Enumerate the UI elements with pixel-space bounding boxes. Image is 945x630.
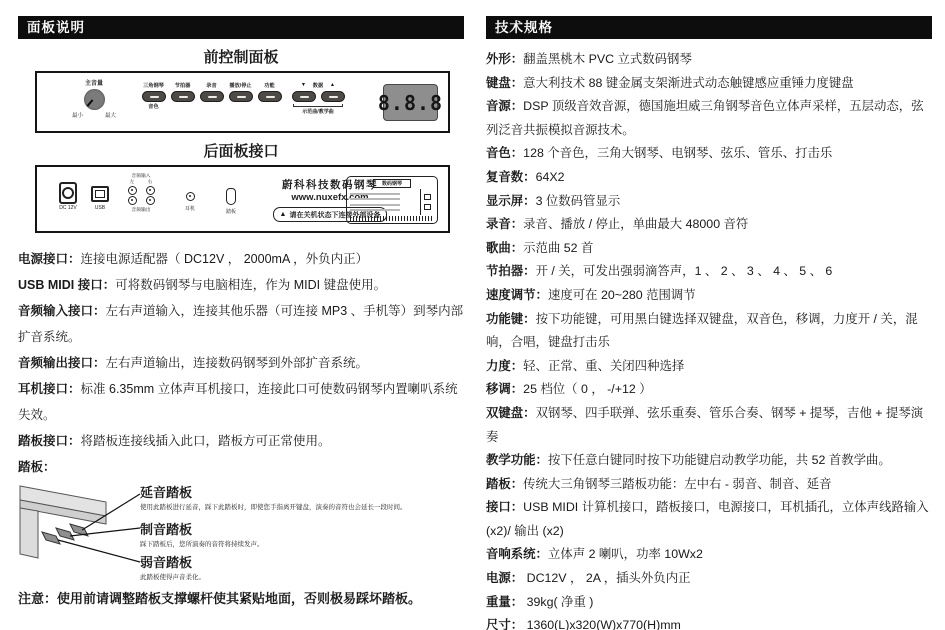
volume-control: 主音量 最小 最大 (65, 78, 123, 119)
port-paragraph: 耳机接口：标准 6.35mm 立体声耳机接口，连接此口可使数码钢琴内置喇叭系统失… (18, 376, 464, 428)
button-label: 节拍器 (175, 82, 191, 90)
spec-item: 复音数：64X2 (486, 166, 932, 190)
usb-port: USB (87, 186, 113, 211)
button-label: 录音 (206, 82, 216, 90)
spec-item: 歌曲：示范曲 52 首 (486, 237, 932, 261)
tech-specs-column: 技术规格 外形：翻盖黑桃木 PVC 立式数码钢琴 键盘：意大利技术 88 键金属… (486, 16, 932, 630)
panel-description-column: 面板说明 前控制面板 主音量 最小 最大 三角钢琴 音色 节拍器 录音 (18, 16, 464, 607)
spec-item: 双键盘：双钢琴、四手联弹、弦乐重奏、管乐合奏、钢琴 + 提琴，吉他 + 提琴演奏 (486, 402, 932, 449)
button-label: 功能 (264, 82, 274, 90)
button-label: 三角钢琴 (143, 82, 164, 90)
button-label: 播放/停止 (229, 82, 251, 90)
volume-max-label: 最大 (105, 111, 116, 119)
volume-min-max: 最小 最大 (65, 111, 123, 119)
spec-item: 录音：录音、播放 / 停止，单曲最大 48000 音符 (486, 213, 932, 237)
barcode (350, 216, 434, 221)
port-descriptions: 电源接口：连接电源适配器（ DC12V ， 2000mA ，外负内正） USB … (18, 246, 464, 480)
power-jack-icon (59, 182, 77, 204)
button-metronome: 节拍器 (168, 82, 197, 111)
data-up-button[interactable] (321, 91, 345, 102)
notice-text: 使用前请调整踏板支撑螺杆使其紧贴地面，否则极易踩坏踏板。 (57, 591, 421, 606)
port-paragraph: USB MIDI 接口：可将数码钢琴与电脑相连，作为 MIDI 键盘使用。 (18, 272, 464, 298)
audio-output-label: 音频输出 (123, 206, 159, 213)
spec-item: 显示屏：3 位数码管显示 (486, 190, 932, 214)
grand-piano-button[interactable] (142, 91, 166, 102)
data-down-button[interactable] (292, 91, 316, 102)
audio-input-jacks (123, 186, 159, 195)
audio-jack-icon (128, 196, 137, 205)
nameplate-title: 数码钢琴 (373, 179, 411, 188)
rear-panel-diagram: DC 12V USB 音频输入 左 右 音频输出 耳机 (35, 165, 450, 233)
spec-item: 力度：轻、正常、重、关闭四种选择 (486, 355, 932, 379)
spec-item: 重量： 39kg( 净重 ) (486, 591, 932, 615)
notice: 注意：使用前请调整踏板支撑螺杆使其紧贴地面，否则极易踩坏踏板。 (18, 588, 464, 607)
power-jack-label: DC 12V (53, 205, 83, 211)
volume-knob[interactable] (84, 89, 105, 110)
audio-jacks: 音频输入 左 右 音频输出 (123, 172, 159, 213)
spec-item: 教学功能：按下任意白键同时按下功能键启动教学功能，共 52 首教学曲。 (486, 449, 932, 473)
spec-item: 音源：DSP 顶级音效音源，德国施坦威三角钢琴音色立体声采样，五层动态，弦列泛音… (486, 95, 932, 142)
spec-item: 外形：翻盖黑桃木 PVC 立式数码钢琴 (486, 48, 932, 72)
arrow-up-icon: ▲ (330, 82, 335, 90)
nameplate-text-lines (350, 189, 420, 215)
spec-item: 键盘：意大利技术 88 键金属支架渐进式动态触键感应重锤力度键盘 (486, 72, 932, 96)
warning-triangle-icon: ▲ (280, 211, 287, 218)
power-jack: DC 12V (53, 182, 83, 211)
nameplate-symbols (420, 189, 434, 215)
port-paragraph: 音频输入接口：左右声道输入，连接其他乐器（可连接 MP3 、手机等）到琴内部扩音… (18, 298, 464, 350)
audio-jack-icon (146, 196, 155, 205)
pedal-port-icon (226, 188, 236, 205)
data-label: 数据 (313, 82, 323, 89)
panel-buttons: 三角钢琴 音色 节拍器 录音 播放/停止 功能 (139, 82, 347, 111)
audio-jack-icon (146, 186, 155, 195)
spec-item: 尺寸： 1360(L)x320(W)x770(H)mm (486, 614, 932, 630)
button-grand-piano: 三角钢琴 音色 (139, 82, 168, 111)
audio-jack-icon (128, 186, 137, 195)
spec-item: 音响系统：立体声 2 喇叭，功率 10Wx2 (486, 543, 932, 567)
port-paragraph: 电源接口：连接电源适配器（ DC12V ， 2000mA ，外负内正） (18, 246, 464, 272)
spec-item: 移调：25 档位（ 0 ， -/+12 ） (486, 378, 932, 402)
pedal-icons (42, 524, 88, 544)
right-channel-label: 右 (148, 179, 153, 185)
usb-port-icon (91, 186, 109, 202)
nameplate: 数码钢琴 (346, 176, 438, 224)
spec-item: 踏板：传统大三角钢琴三踏板功能：左中右 - 弱音、制音、延音 (486, 473, 932, 497)
pedal-label-soft: 弱音踏板 此踏板使得声音柔化。 (140, 552, 464, 581)
left-channel-label: 左 (130, 179, 135, 185)
rear-panel-title: 后面板接口 (18, 140, 464, 161)
volume-min-label: 最小 (72, 111, 83, 119)
metronome-button[interactable] (171, 91, 195, 102)
panel-description-header: 面板说明 (18, 16, 464, 39)
button-function: 功能 (255, 82, 284, 111)
volume-label: 主音量 (65, 78, 123, 87)
pedal-diagram (18, 482, 153, 582)
spec-item: 节拍器：开 / 关，可发出强弱滴答声，1 、 2 、 3 、 4 、 5 、 6 (486, 260, 932, 284)
front-panel-diagram: 主音量 最小 最大 三角钢琴 音色 节拍器 录音 (35, 71, 450, 133)
pedal-label-sustain: 延音踏板 使用此踏板进行延音，踩下此踏板时，即使您手指离开键盘，演奏的音符也会延… (140, 482, 464, 511)
headphone-jack: 耳机 (179, 192, 201, 212)
pedals-heading: 踏板： (18, 454, 464, 480)
headphone-label: 耳机 (179, 205, 201, 212)
tech-specs-header: 技术规格 (486, 16, 932, 39)
spec-item: 接口：USB MIDI 计算机接口，踏板接口，电源接口，耳机插孔，立体声线路输入… (486, 496, 932, 543)
record-button[interactable] (200, 91, 224, 102)
play-stop-button[interactable] (229, 91, 253, 102)
spec-list: 外形：翻盖黑桃木 PVC 立式数码钢琴 键盘：意大利技术 88 键金属支架渐进式… (486, 48, 932, 630)
spec-item: 音色：128 个音色，三角大钢琴、电钢琴、弦乐、管乐、打击乐 (486, 142, 932, 166)
spec-item: 速度调节：速度可在 20~280 范围调节 (486, 284, 932, 308)
headphone-jack-icon (186, 192, 195, 201)
led-display: 8.8.8 (383, 84, 438, 121)
audio-output-jacks (123, 196, 159, 205)
front-panel-title: 前控制面板 (18, 46, 464, 67)
function-button[interactable] (258, 91, 282, 102)
voice-label: 音色 (148, 103, 158, 111)
button-record: 录音 (197, 82, 226, 111)
spec-item: 电源： DC12V ， 2A ，插头外负内正 (486, 567, 932, 591)
pedal-label-sostenuto: 制音踏板 踩下踏板后，您所演奏的音符将持续发声。 (140, 519, 464, 548)
notice-label: 注意： (18, 591, 57, 606)
port-paragraph: 音频输出接口：左右声道输出，连接数码钢琴到外部扩音系统。 (18, 350, 464, 376)
pedal-port-label: 踏板 (219, 208, 243, 215)
audio-channel-labels: 左 右 (123, 179, 159, 185)
spec-item: 功能键：按下功能键，可用黑白键选择双键盘，双音色，移调，力度开 / 关，混响，合… (486, 308, 932, 355)
usb-port-label: USB (87, 205, 113, 211)
pedal-port: 踏板 (219, 188, 243, 215)
demo-bracket (293, 104, 343, 107)
data-button-group: 数据 ▼ ▲ 示范曲/教学曲 (289, 82, 347, 111)
port-paragraph: 踏板接口：将踏板连接线插入此口，踏板方可正常使用。 (18, 428, 464, 454)
pedals-section: 延音踏板 使用此踏板进行延音，踩下此踏板时，即使您手指离开键盘，演奏的音符也会延… (18, 482, 464, 584)
button-play-stop: 播放/停止 (226, 82, 255, 111)
audio-input-label: 音频输入 (123, 172, 159, 179)
demo-songs-label: 示范曲/教学曲 (302, 108, 333, 115)
arrow-down-icon: ▼ (301, 82, 306, 90)
